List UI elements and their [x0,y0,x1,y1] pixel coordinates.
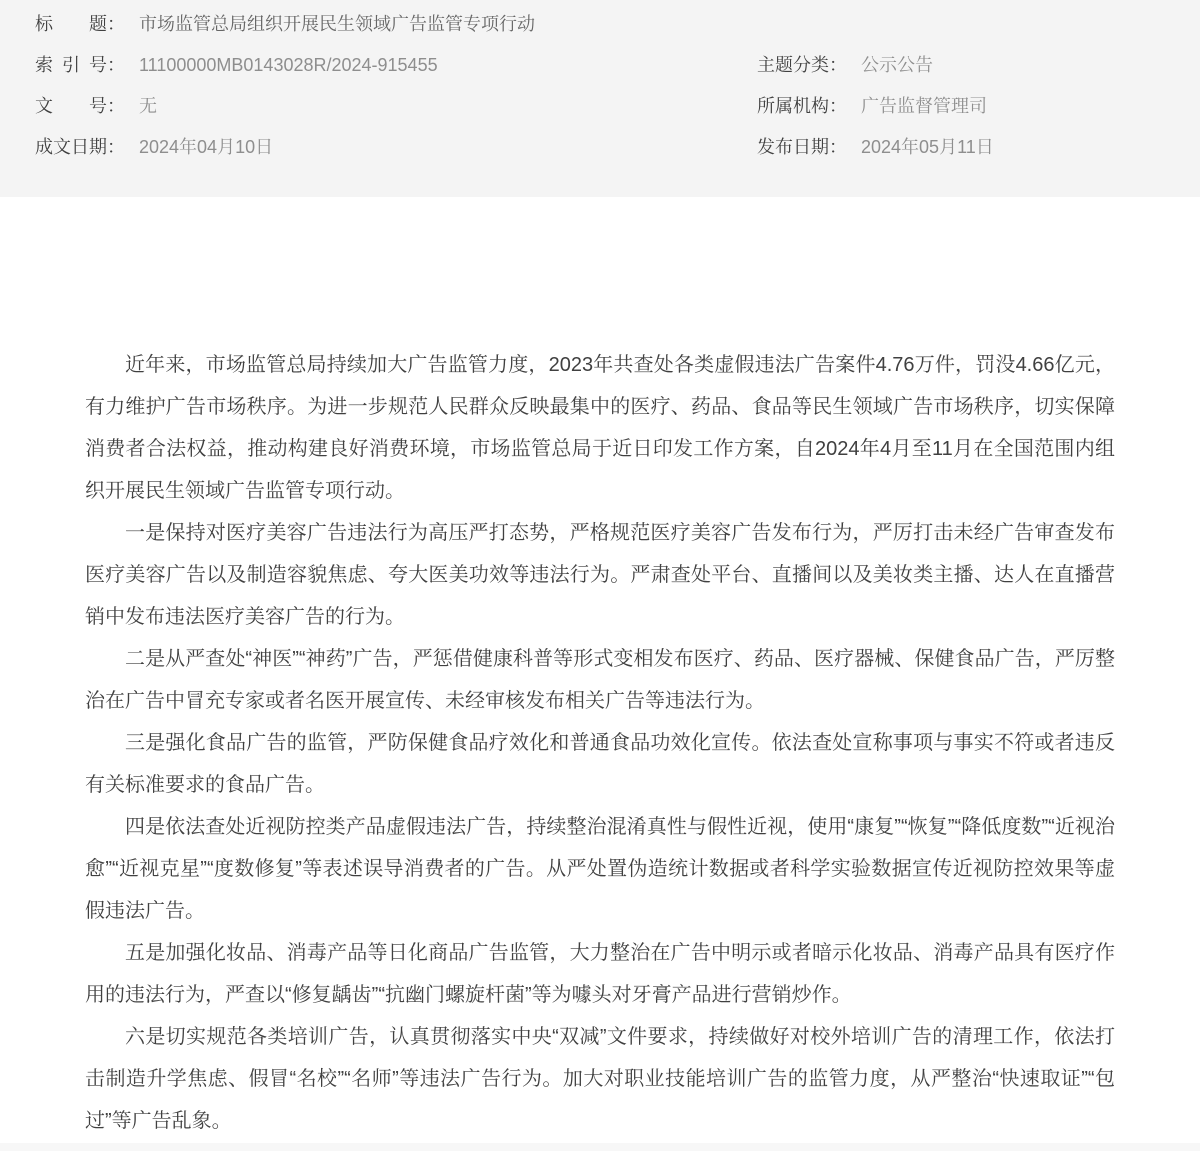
body-paragraph-item-2: 二是从严查处“神医”“神药”广告，严惩借健康科普等形式变相发布医疗、药品、医疗器… [85,638,1115,722]
body-paragraph-item-6: 六是切实规范各类培训广告，认真贯彻落实中央“双减”文件要求，持续做好对校外培训广… [85,1016,1115,1142]
doc-number-colon: ： [107,86,125,127]
meta-row-dates: 成文日期 ： 2024年04月10日 发布日期 ： 2024年05月11日 [35,127,1165,168]
meta-row-docnumber: 文号 ： 无 所属机构 ： 广告监督管理司 [35,86,1165,127]
meta-cell-written-date: 成文日期 ： 2024年04月10日 [35,127,757,168]
doc-number-value: 无 [139,86,157,127]
publish-date-colon: ： [829,127,847,168]
document-metadata-block: 标题 ： 市场监管总局组织开展民生领域广告监管专项行动 索引号 ： 111000… [0,0,1200,197]
meta-cell-publish-date: 发布日期 ： 2024年05月11日 [757,127,1165,168]
meta-cell-agency: 所属机构 ： 广告监督管理司 [757,86,1165,127]
body-paragraph-intro: 近年来，市场监管总局持续加大广告监管力度，2023年共查处各类虚假违法广告案件4… [85,344,1115,512]
title-value: 市场监管总局组织开展民生领域广告监管专项行动 [139,4,535,45]
index-number-label: 索引号 [35,45,107,86]
written-date-colon: ： [107,127,125,168]
written-date-value: 2024年04月10日 [139,127,273,168]
body-paragraph-item-5: 五是加强化妆品、消毒产品等日化商品广告监管，大力整治在广告中明示或者暗示化妆品、… [85,932,1115,1016]
meta-row-title: 标题 ： 市场监管总局组织开展民生领域广告监管专项行动 [35,4,1165,45]
body-paragraph-item-3: 三是强化食品广告的监管，严防保健食品疗效化和普通食品功效化宣传。依法查处宣称事项… [85,722,1115,806]
title-label: 标题 [35,4,107,45]
meta-cell-index-number: 索引号 ： 11100000MB0143028R/2024-915455 [35,45,757,86]
agency-colon: ： [829,86,847,127]
publish-date-label: 发布日期 [757,127,829,168]
publish-date-value: 2024年05月11日 [861,127,994,168]
agency-value: 广告监督管理司 [861,86,987,127]
index-number-value: 11100000MB0143028R/2024-915455 [139,45,438,86]
body-paragraph-item-1: 一是保持对医疗美容广告违法行为高压严打态势，严格规范医疗美容广告发布行为，严厉打… [85,512,1115,638]
meta-cell-title: 标题 ： 市场监管总局组织开展民生领域广告监管专项行动 [35,4,1165,45]
bottom-divider-strip [0,1143,1200,1151]
body-paragraph-item-4: 四是依法查处近视防控类产品虚假违法广告，持续整治混淆真性与假性近视，使用“康复”… [85,806,1115,932]
article-body: 近年来，市场监管总局持续加大广告监管力度，2023年共查处各类虚假违法广告案件4… [0,197,1200,1142]
topic-category-value: 公示公告 [861,45,933,86]
doc-number-label: 文号 [35,86,107,127]
meta-cell-topic-category: 主题分类 ： 公示公告 [757,45,1165,86]
agency-label: 所属机构 [757,86,829,127]
meta-cell-doc-number: 文号 ： 无 [35,86,757,127]
topic-category-colon: ： [829,45,847,86]
index-number-colon: ： [107,45,125,86]
topic-category-label: 主题分类 [757,45,829,86]
written-date-label: 成文日期 [35,127,107,168]
meta-row-index: 索引号 ： 11100000MB0143028R/2024-915455 主题分… [35,45,1165,86]
title-colon: ： [107,4,125,45]
